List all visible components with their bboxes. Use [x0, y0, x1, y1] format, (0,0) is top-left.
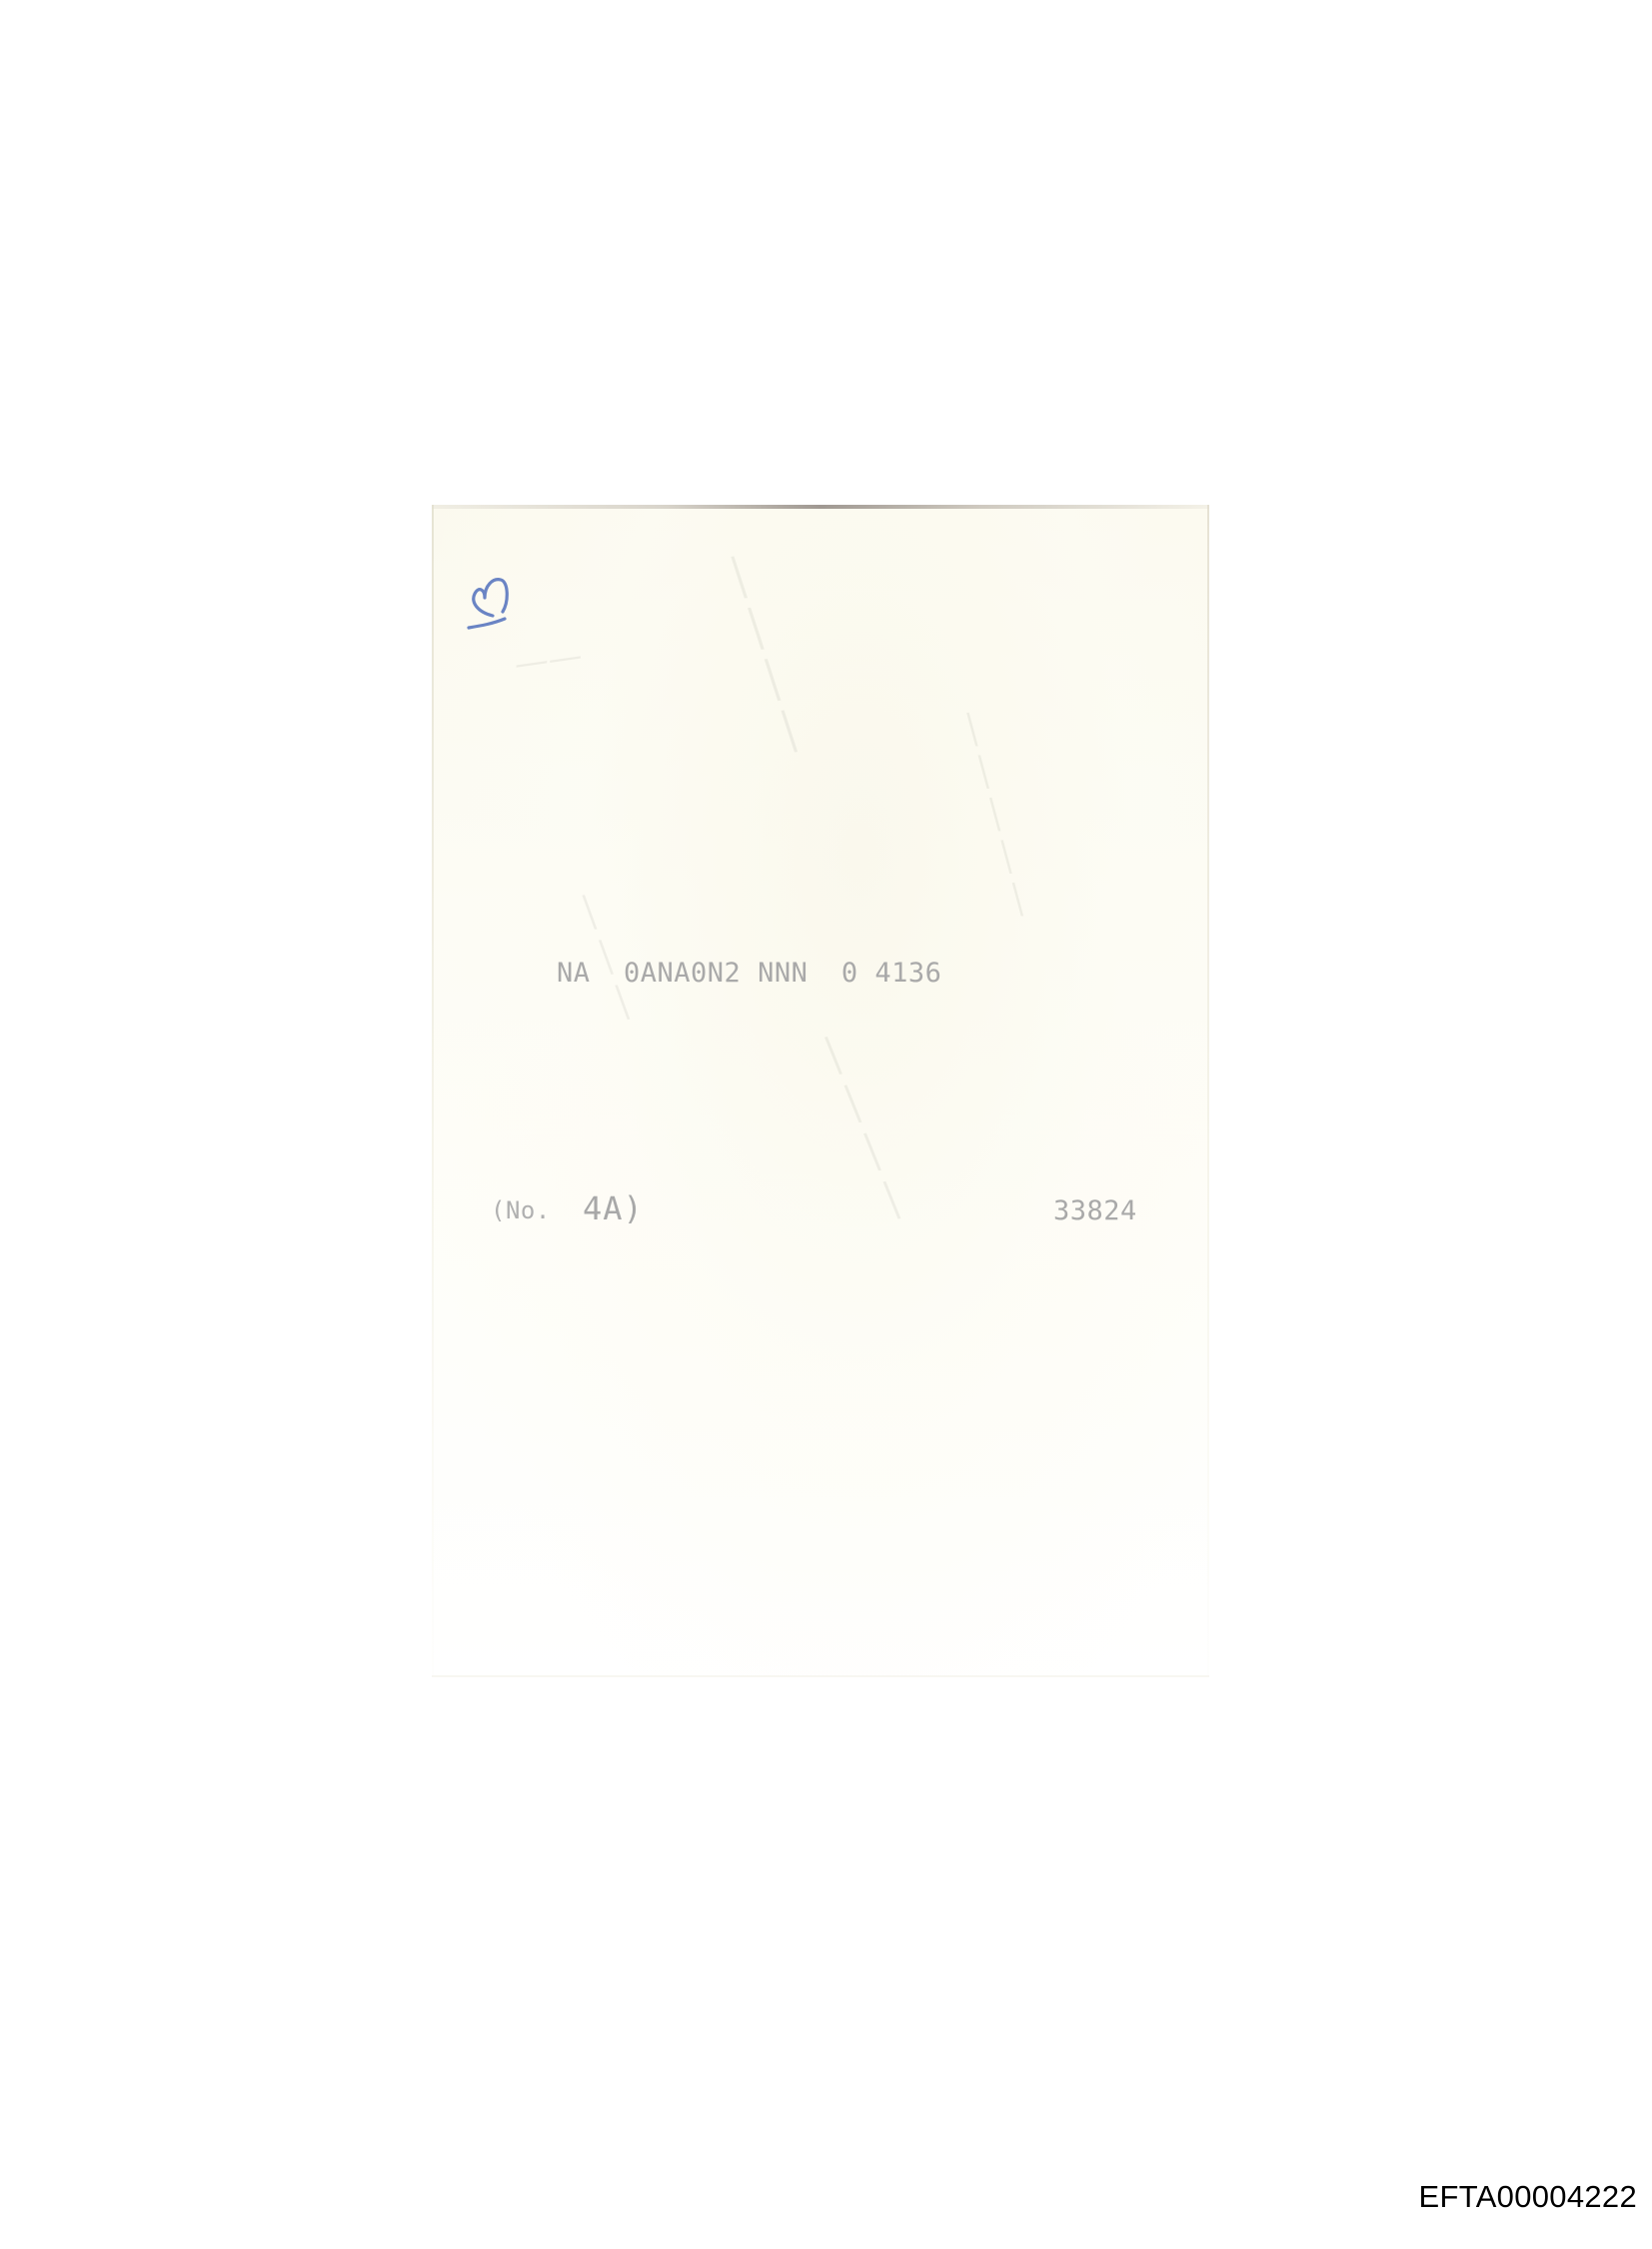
- photo-right-edge: [1207, 505, 1209, 1677]
- bleed-through-mark: ————: [709, 545, 828, 768]
- photo-bottom-edge: [432, 1675, 1209, 1677]
- bleed-through-mark: ————: [805, 1025, 929, 1236]
- photo-top-edge-shadow: [432, 505, 1209, 509]
- number-value: 4A): [583, 1189, 644, 1227]
- processing-code-line: NA 0ANA0N2 NNN 0 4136: [557, 958, 941, 989]
- photo-left-edge: [432, 505, 434, 1677]
- document-page: ———— ——— ———— ————— —— 15 NA 0ANA0N2 NNN…: [0, 0, 1652, 2249]
- handwritten-number-mark: 15: [463, 572, 517, 634]
- reference-number: 33824: [1053, 1195, 1137, 1226]
- photo-back: ———— ——— ———— ————— ——: [432, 505, 1209, 1677]
- bleed-through-mark: —————: [948, 705, 1047, 929]
- bleed-through-mark: ——: [512, 636, 585, 685]
- number-label: (No.: [491, 1196, 551, 1224]
- bates-number: EFTA00004222: [1419, 2179, 1637, 2215]
